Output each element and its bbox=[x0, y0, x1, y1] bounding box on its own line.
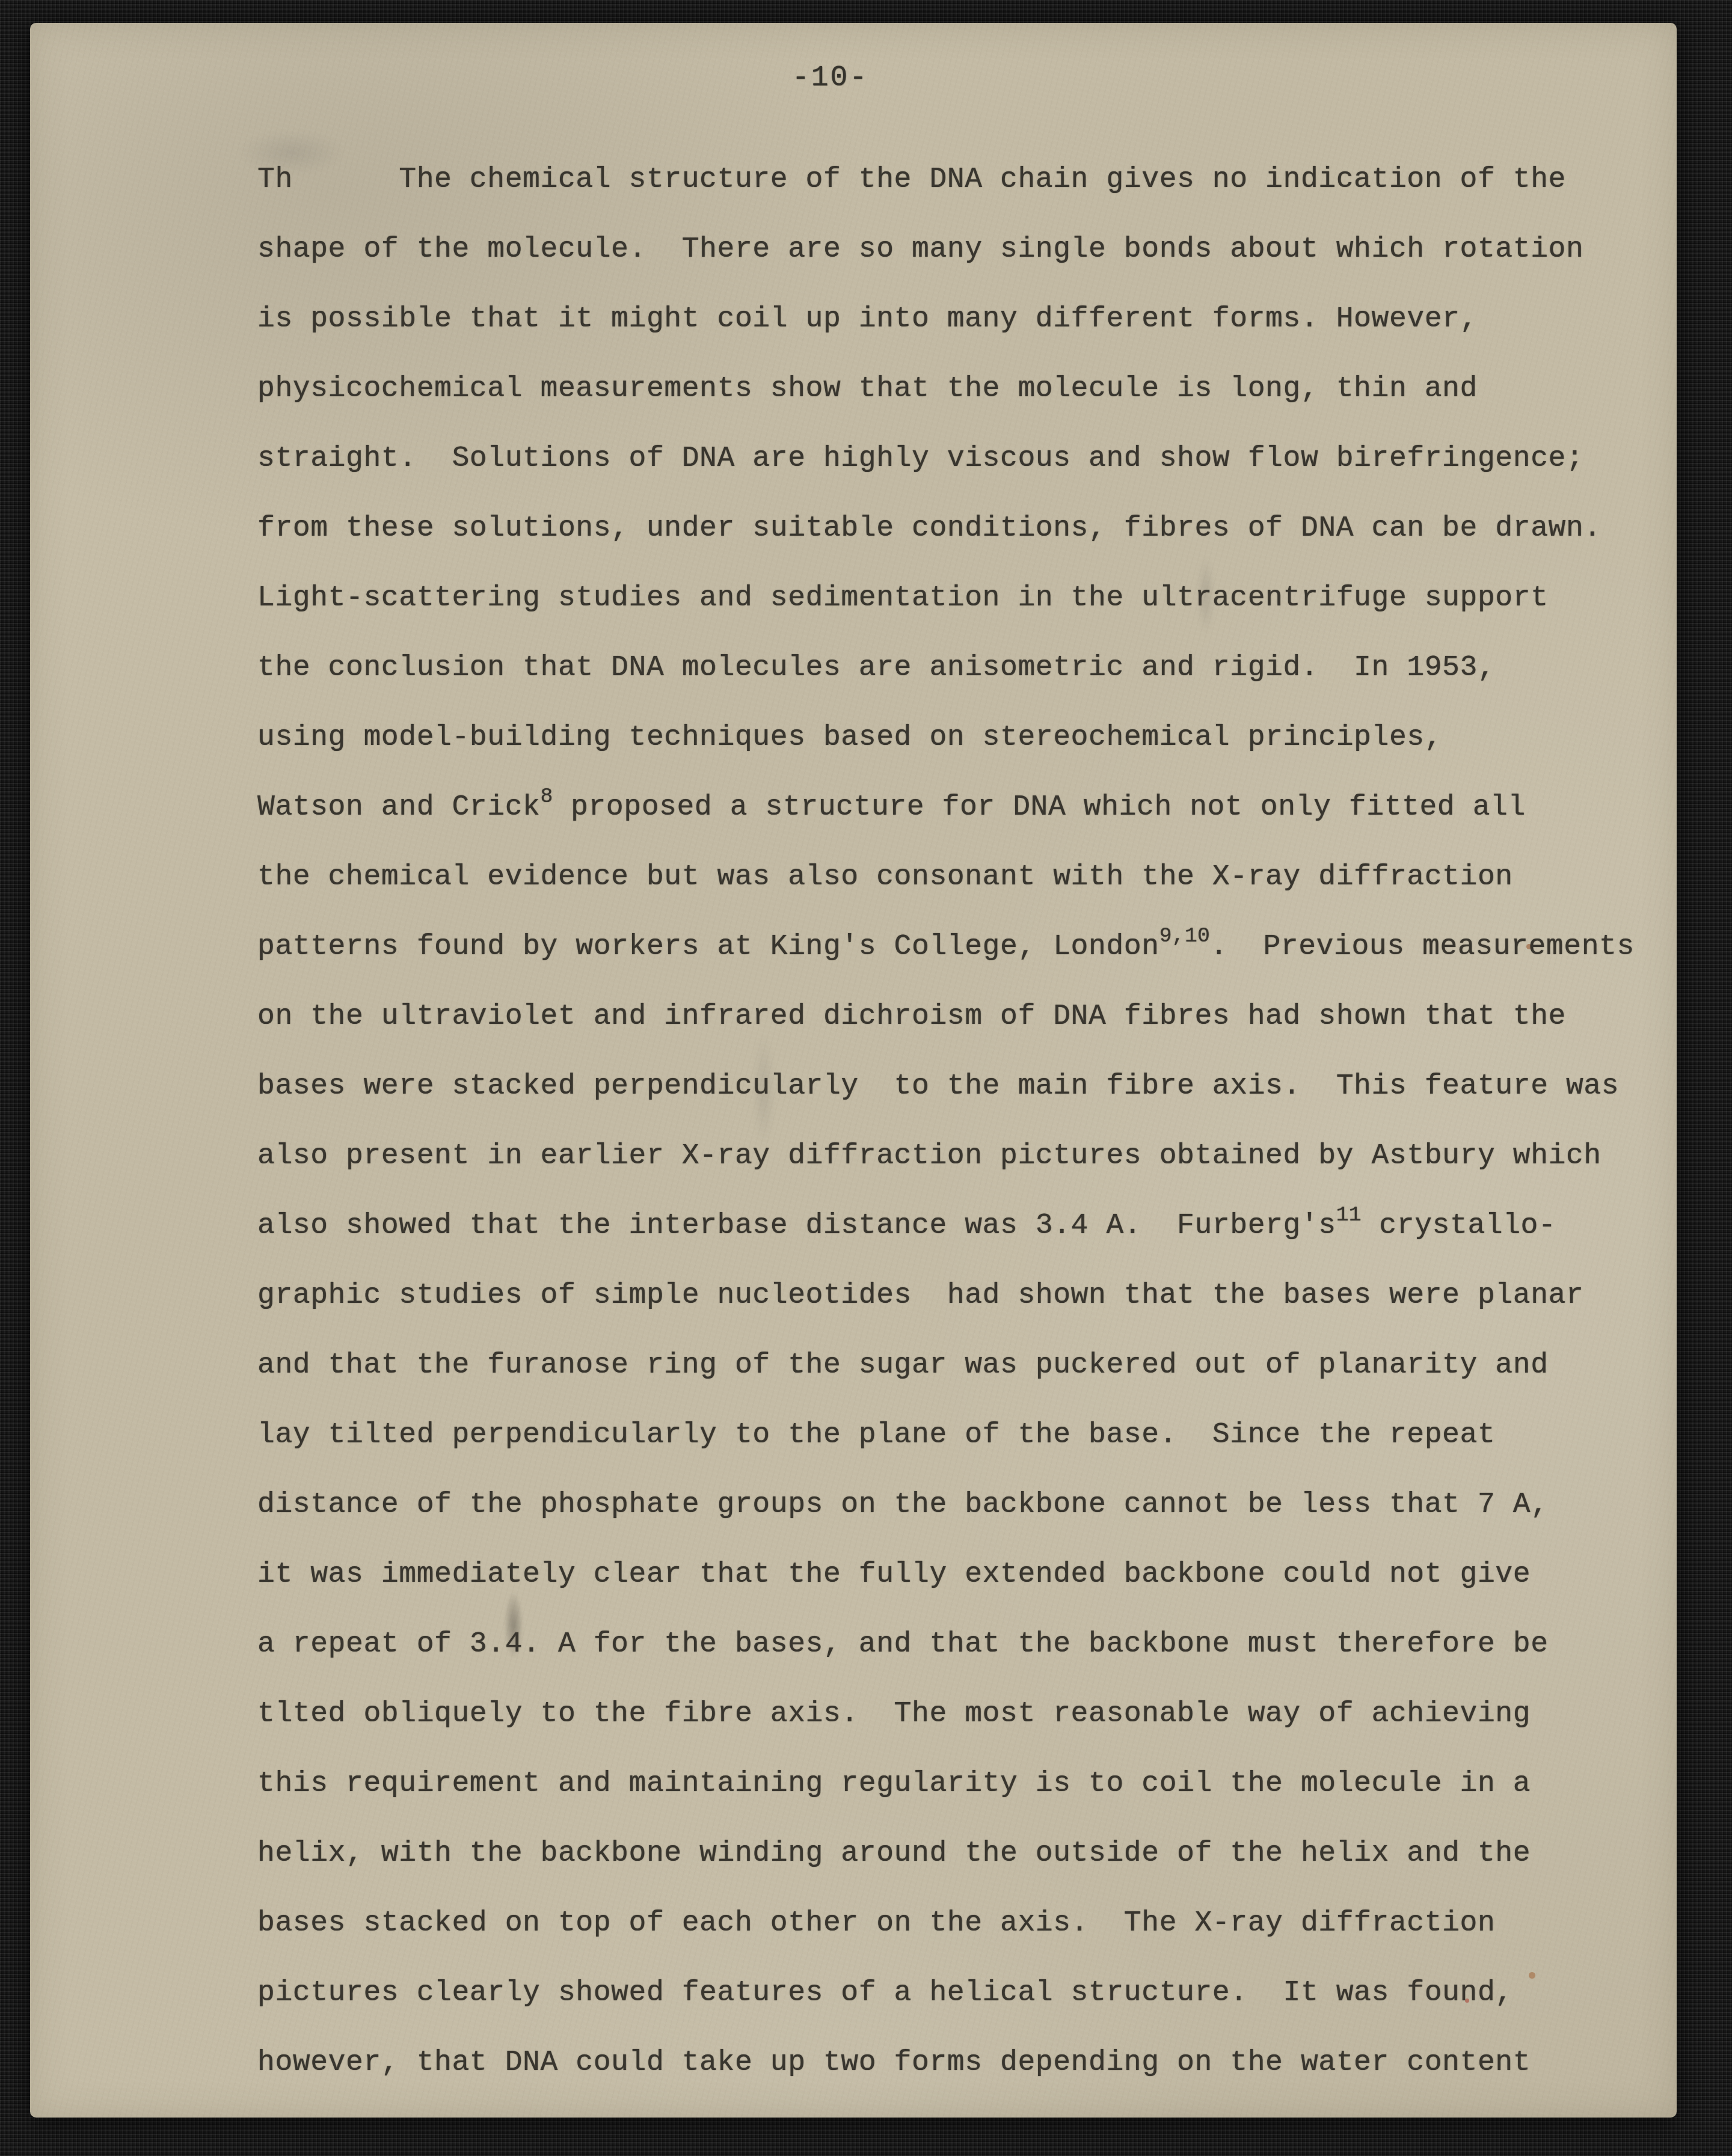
typed-line: and that the furanose ring of the sugar … bbox=[257, 1331, 1659, 1400]
typed-text: bases stacked on top of each other on th… bbox=[257, 1907, 1495, 1940]
typed-line: also showed that the interbase distance … bbox=[257, 1191, 1659, 1261]
typed-line: however, that DNA could take up two form… bbox=[257, 2028, 1659, 2098]
typed-line: a repeat of 3.4. A for the bases, and th… bbox=[257, 1609, 1659, 1679]
typed-line: is possible that it might coil up into m… bbox=[257, 284, 1659, 354]
document-page: -10- Th The chemical structure of the DN… bbox=[30, 23, 1677, 2118]
typed-text: on the ultraviolet and infrared dichrois… bbox=[257, 1000, 1566, 1033]
typed-text: proposed a structure for DNA which not o… bbox=[553, 791, 1526, 824]
reference-superscript: 11 bbox=[1336, 1204, 1362, 1227]
typed-text: using model-building techniques based on… bbox=[257, 721, 1442, 754]
typed-line: graphic studies of simple nucleotides ha… bbox=[257, 1261, 1659, 1331]
typed-text: straight. Solutions of DNA are highly vi… bbox=[257, 443, 1583, 475]
typed-line: tlted obliquely to the fibre axis. The m… bbox=[257, 1679, 1659, 1749]
typed-line: the chemical evidence but was also conso… bbox=[257, 842, 1659, 912]
typed-text: distance of the phosphate groups on the … bbox=[257, 1489, 1549, 1521]
typed-text: the chemical evidence but was also conso… bbox=[257, 861, 1513, 893]
typed-text: this requirement and maintaining regular… bbox=[257, 1768, 1531, 1800]
typed-line: this requirement and maintaining regular… bbox=[257, 1749, 1659, 1819]
typed-line: patterns found by workers at King's Coll… bbox=[257, 912, 1659, 982]
typed-text: Th The chemical structure of the DNA cha… bbox=[257, 164, 1566, 196]
typed-line: distance of the phosphate groups on the … bbox=[257, 1470, 1659, 1540]
typed-text: . Previous measurements bbox=[1210, 931, 1635, 963]
typed-line: shape of the molecule. There are so many… bbox=[257, 215, 1659, 284]
typed-line: Light-scattering studies and sedimentati… bbox=[257, 563, 1659, 633]
reference-superscript: 9,10 bbox=[1159, 925, 1211, 948]
typed-text: is possible that it might coil up into m… bbox=[257, 303, 1478, 335]
typed-text: a repeat of 3.4. A for the bases, and th… bbox=[257, 1628, 1549, 1661]
typed-line: bases stacked on top of each other on th… bbox=[257, 1888, 1659, 1958]
typed-line: it was immediately clear that the fully … bbox=[257, 1540, 1659, 1609]
typed-line: also present in earlier X-ray diffractio… bbox=[257, 1121, 1659, 1191]
typed-text: crystallo- bbox=[1362, 1210, 1556, 1242]
typed-text: lay tilted perpendicularly to the plane … bbox=[257, 1419, 1495, 1451]
typed-text: Light-scattering studies and sedimentati… bbox=[257, 582, 1549, 614]
typed-text: graphic studies of simple nucleotides ha… bbox=[257, 1279, 1583, 1312]
typed-text: however, that DNA could take up two form… bbox=[257, 2047, 1531, 2079]
typed-text: the conclusion that DNA molecules are an… bbox=[257, 652, 1495, 684]
typed-line: physicochemical measurements show that t… bbox=[257, 354, 1659, 424]
typed-text: tlted obliquely to the fibre axis. The m… bbox=[257, 1698, 1531, 1730]
typed-text: it was immediately clear that the fully … bbox=[257, 1558, 1531, 1591]
typed-line: the conclusion that DNA molecules are an… bbox=[257, 633, 1659, 703]
typed-text: Watson and Crick bbox=[257, 791, 540, 824]
typed-line: Th The chemical structure of the DNA cha… bbox=[257, 145, 1659, 215]
typed-line: Watson and Crick8 proposed a structure f… bbox=[257, 773, 1659, 842]
typed-line: helix, with the backbone winding around … bbox=[257, 1819, 1659, 1888]
typed-text: physicochemical measurements show that t… bbox=[257, 373, 1478, 405]
typed-text: also present in earlier X-ray diffractio… bbox=[257, 1140, 1601, 1172]
page-number: -10- bbox=[792, 61, 868, 95]
typed-text: pictures clearly showed features of a he… bbox=[257, 1977, 1513, 2009]
typed-line: straight. Solutions of DNA are highly vi… bbox=[257, 424, 1659, 494]
scan-background: { "document": { "page_number": "-10-", "… bbox=[0, 0, 1732, 2156]
typed-text: from these solutions, under suitable con… bbox=[257, 512, 1601, 545]
typed-line: pictures clearly showed features of a he… bbox=[257, 1958, 1659, 2028]
typed-line: lay tilted perpendicularly to the plane … bbox=[257, 1400, 1659, 1470]
typed-text: patterns found by workers at King's Coll… bbox=[257, 931, 1159, 963]
reference-superscript: 8 bbox=[540, 785, 553, 809]
typed-text: helix, with the backbone winding around … bbox=[257, 1837, 1531, 1870]
typed-text: shape of the molecule. There are so many… bbox=[257, 233, 1583, 266]
typed-line: using model-building techniques based on… bbox=[257, 703, 1659, 773]
typed-text: also showed that the interbase distance … bbox=[257, 1210, 1336, 1242]
typed-line: bases were stacked perpendicularly to th… bbox=[257, 1052, 1659, 1121]
typed-text: and that the furanose ring of the sugar … bbox=[257, 1349, 1549, 1382]
typed-line: on the ultraviolet and infrared dichrois… bbox=[257, 982, 1659, 1052]
typed-lines: Th The chemical structure of the DNA cha… bbox=[257, 145, 1659, 2098]
typed-text: bases were stacked perpendicularly to th… bbox=[257, 1070, 1619, 1103]
typed-line: from these solutions, under suitable con… bbox=[257, 494, 1659, 563]
